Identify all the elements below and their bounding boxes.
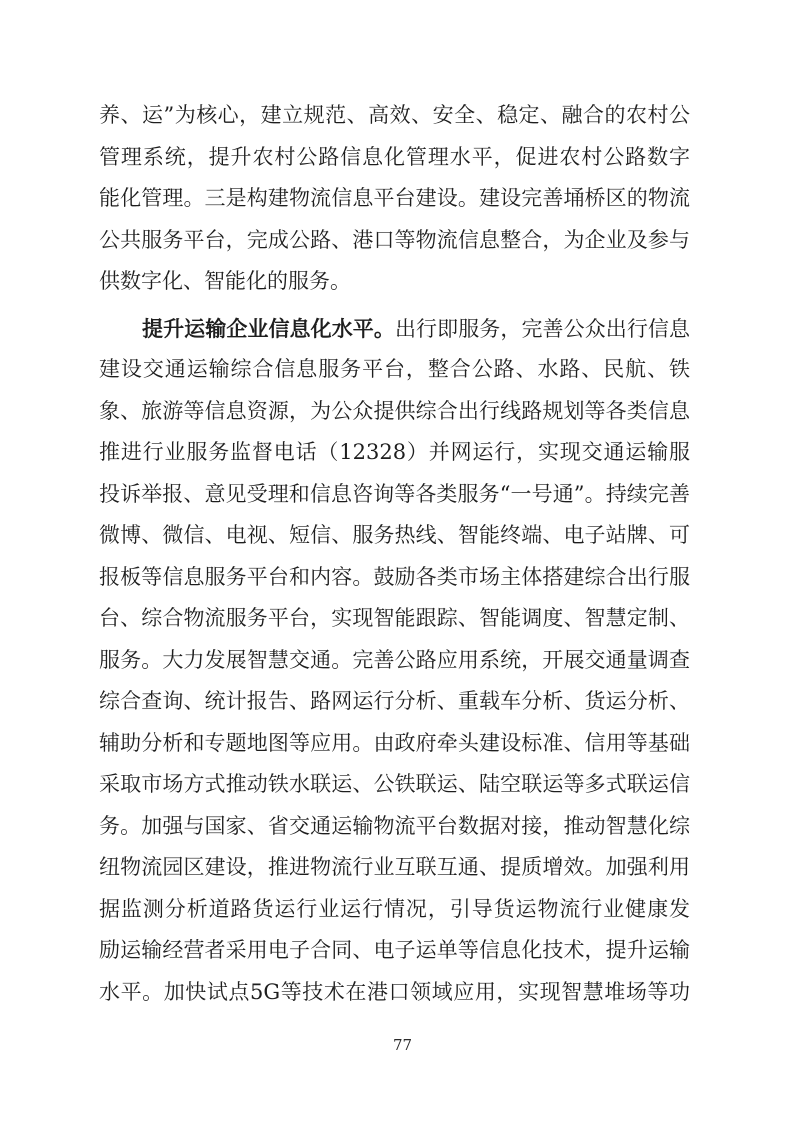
paragraph-2: 提升运输企业信息化水平。出行即服务，完善公众出行信息服务。 建设交通运输综合信息… — [99, 308, 690, 1014]
paragraph-1: 养、运”为核心，建立规范、高效、安全、稳定、融合的农村公路服务 管理系统，提升农… — [99, 95, 690, 303]
text-line: 能化管理。三是构建物流信息平台建设。建设完善埇桥区的物流信息 — [99, 178, 690, 220]
text-line: 服务。大力发展智慧交通。完善公路应用系统，开展交通量调查信息 — [99, 640, 690, 682]
text-line: 推进行业服务监督电话（12328）并网运行，实现交通运输服务监督、 — [99, 432, 690, 474]
text-line: 养、运”为核心，建立规范、高效、安全、稳定、融合的农村公路服务 — [99, 95, 690, 137]
text-line: 公共服务平台，完成公路、港口等物流信息整合，为企业及参与者提 — [99, 220, 690, 262]
page-number: 77 — [12, 1036, 793, 1054]
text-line: 管理系统，提升农村公路信息化管理水平，促进农村公路数字化、智 — [99, 137, 690, 179]
text-line: 微博、微信、电视、短信、服务热线、智能终端、电子站牌、可变情 — [99, 515, 690, 557]
text-line: 辅助分析和专题地图等应用。由政府牵头建设标准、信用等基础体系， — [99, 723, 690, 765]
text-line: 纽物流园区建设，推进物流行业互联互通、提质增效。加强利用大数 — [99, 847, 690, 889]
text-line: 建设交通运输综合信息服务平台，整合公路、水路、民航、铁路、气 — [99, 349, 690, 391]
text-line: 台、综合物流服务平台，实现智能跟踪、智能调度、智慧定制、智能 — [99, 598, 690, 640]
text-line: 综合查询、统计报告、路网运行分析、重载车分析、货运分析、养护 — [99, 681, 690, 723]
text-line: 据监测分析道路货运行业运行情况，引导货运物流行业健康发展。鼓 — [99, 889, 690, 931]
text-line: 励运输经营者采用电子合同、电子运单等信息化技术，提升运输管理 — [99, 930, 690, 972]
document-page: 养、运”为核心，建立规范、高效、安全、稳定、融合的农村公路服务 管理系统，提升农… — [0, 0, 793, 1122]
text-line: 报板等信息服务平台和内容。鼓励各类市场主体搭建综合出行服务平 — [99, 557, 690, 599]
text-line: 采取市场方式推动铁水联运、公铁联运、陆空联运等多式联运信息服 — [99, 764, 690, 806]
paragraph-lead-bold: 提升运输企业信息化水平。 — [142, 316, 395, 341]
text-line: 供数字化、智能化的服务。 — [99, 261, 690, 303]
text-line: 务。加强与国家、省交通运输物流平台数据对接，推动智慧化综合枢 — [99, 806, 690, 848]
text-line: 投诉举报、意见受理和信息咨询等各类服务“一号通”。持续完善网站、 — [99, 474, 690, 516]
text-line: 水平。加快试点5G等技术在港口领域应用，实现智慧堆场等功能，开 — [99, 972, 690, 1014]
paragraph-lead-line: 提升运输企业信息化水平。出行即服务，完善公众出行信息服务。 — [99, 308, 690, 350]
text-line: 象、旅游等信息资源，为公众提供综合出行线路规划等各类信息服务； — [99, 391, 690, 433]
text-block: 养、运”为核心，建立规范、高效、安全、稳定、融合的农村公路服务 管理系统，提升农… — [99, 95, 690, 1013]
